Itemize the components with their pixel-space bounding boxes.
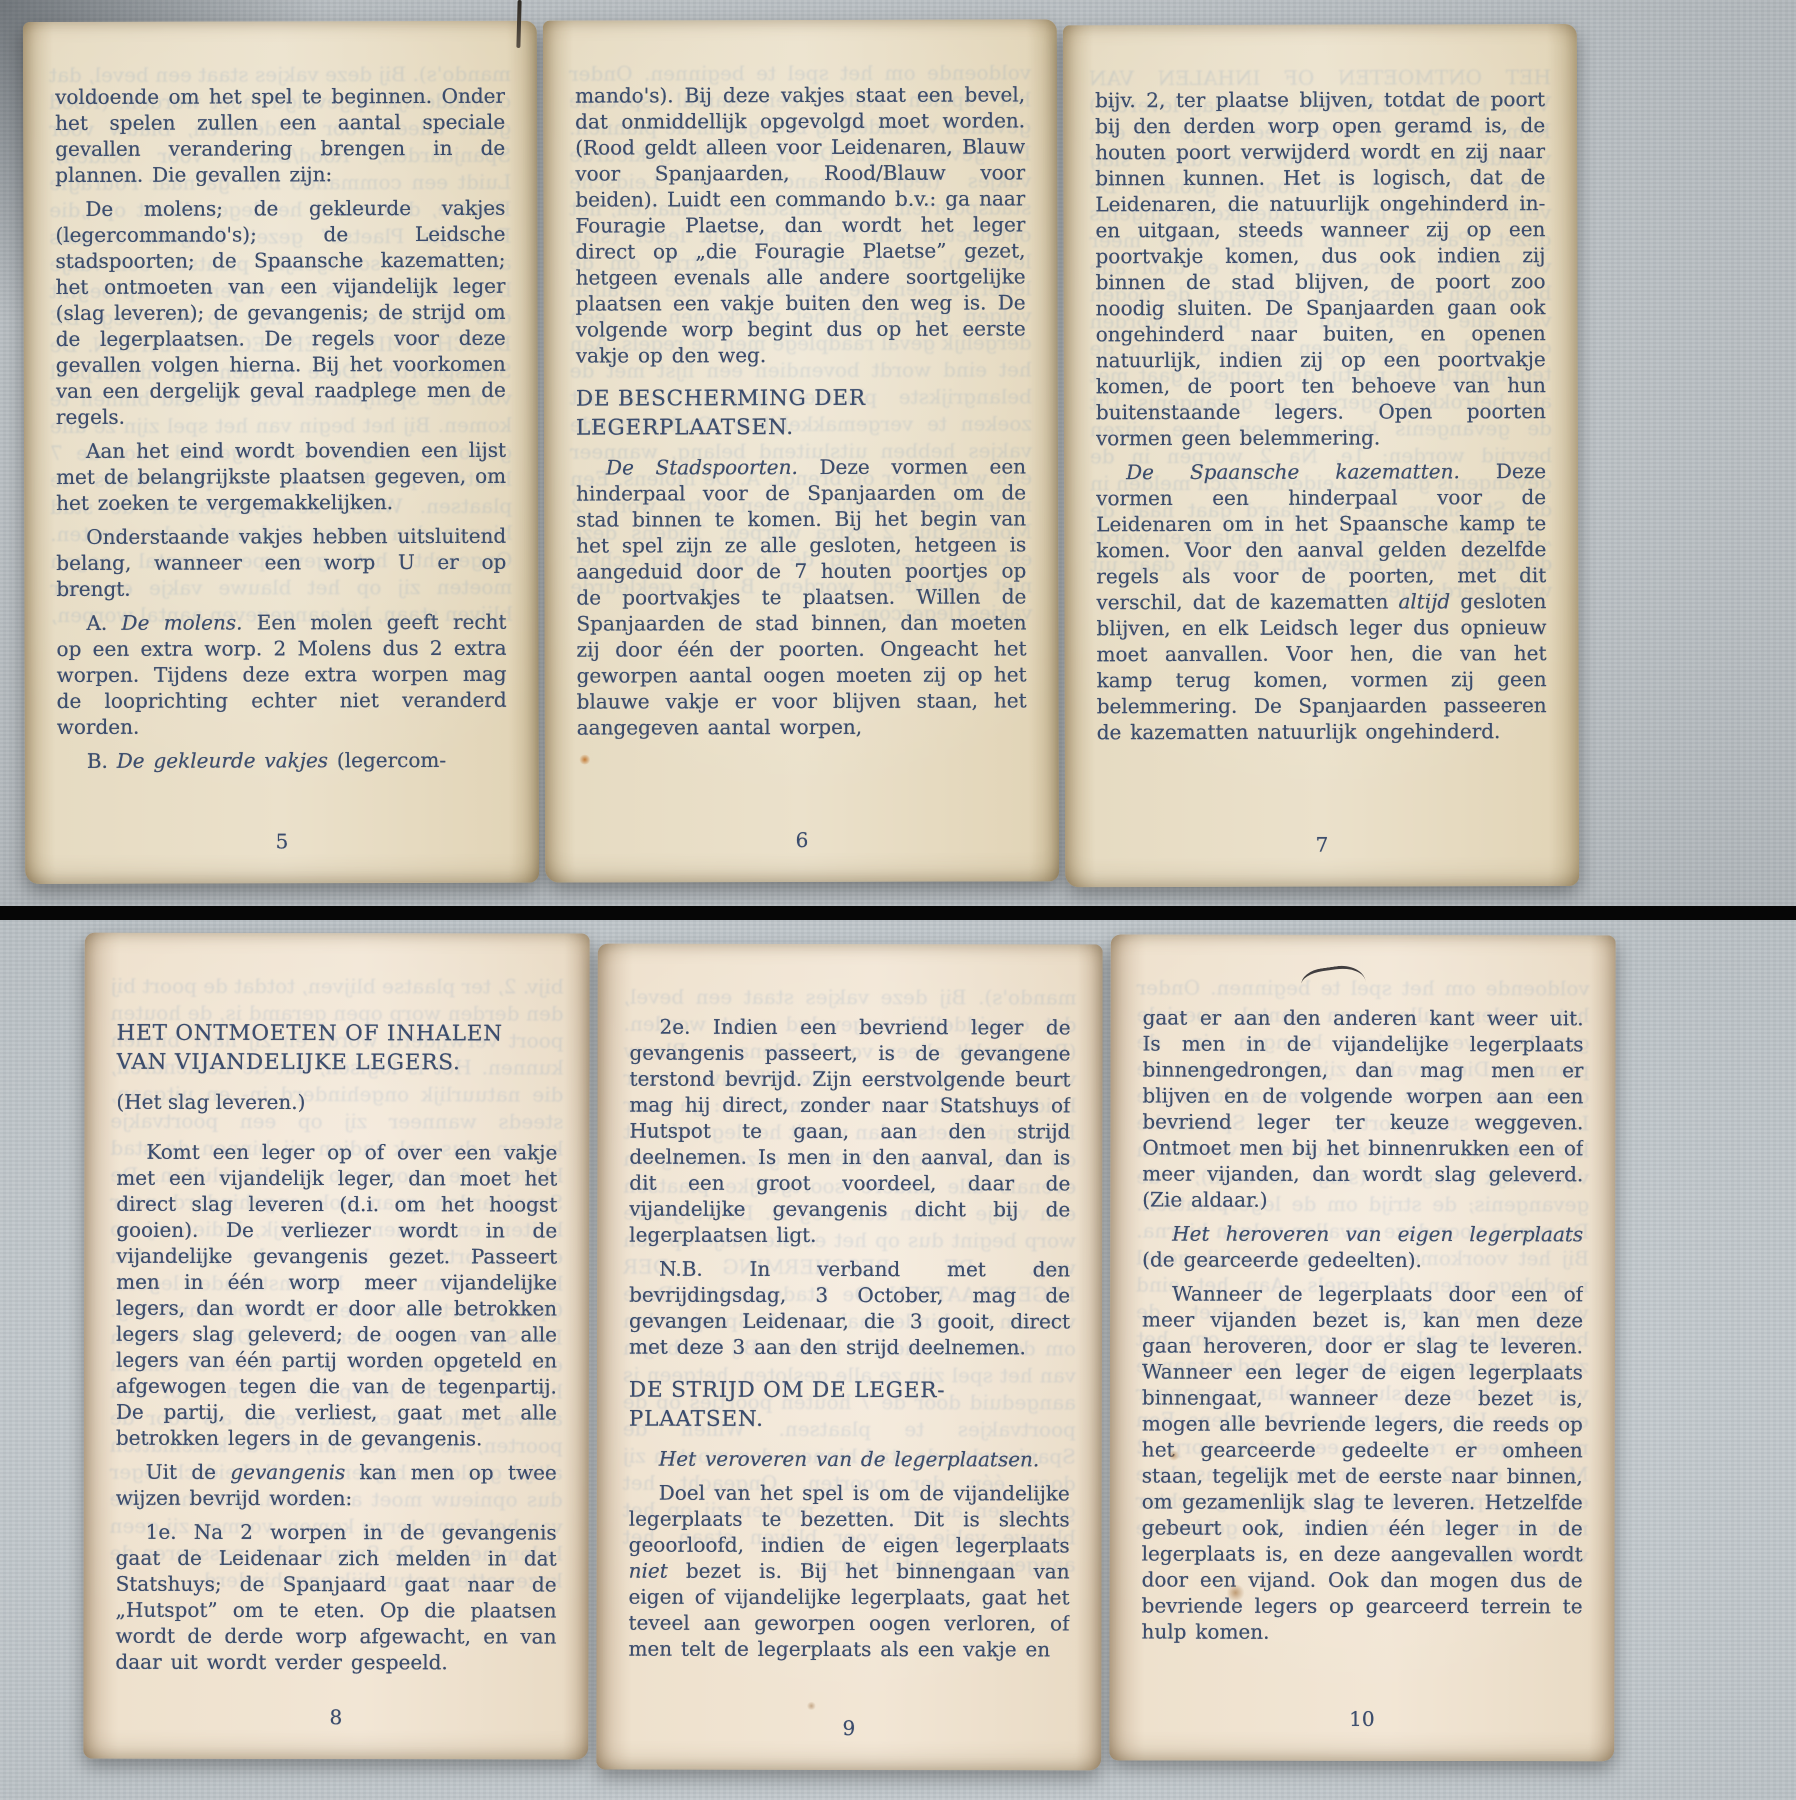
text-run: bezet is. Bij het binnengaan van eigen o… xyxy=(628,1559,1069,1662)
italic-text: gevangenis xyxy=(230,1460,345,1484)
page-number: 10 xyxy=(1109,1706,1614,1731)
page-number: 8 xyxy=(83,1705,588,1730)
paragraph: 2e. Indien een bevriend leger de gevange… xyxy=(629,1014,1070,1249)
page-number: 6 xyxy=(545,827,1059,852)
photo-bottom: bijv. 2, ter plaatse blijven, totdat de … xyxy=(0,920,1796,1800)
paragraph: gaat er aan den anderen kant weer uit. I… xyxy=(1142,1005,1583,1214)
paragraph: De molens; de gekleurde vakjes (legercom… xyxy=(55,195,506,430)
page-body: gaat er aan den anderen kant weer uit. I… xyxy=(1141,1005,1583,1654)
paragraph: Het heroveren van eigen legerplaats (de … xyxy=(1142,1221,1583,1274)
paragraph: A. De molens. Een molen geeft recht op e… xyxy=(56,609,506,740)
section-heading: DE STRIJD OM DE LEGER- PLAATSEN. xyxy=(629,1376,1070,1435)
text-run: mando's). Bij deze vakjes staat een beve… xyxy=(575,82,1026,367)
paragraph: Het veroveren van de legerplaatsen. xyxy=(629,1446,1070,1473)
text-run: Deze vormen een hinderpaal voor de Spanj… xyxy=(576,454,1027,739)
ink-mark xyxy=(1300,963,1366,991)
booklet-spread-top: mando's). Bij deze vakjes staat een beve… xyxy=(23,18,1579,884)
text-run: Aan het eind wordt bovendien een lijst m… xyxy=(56,438,506,515)
page-body: bijv. 2, ter plaatse blijven, totdat de … xyxy=(1095,86,1547,753)
italic-text: De molens. xyxy=(122,610,243,634)
text-run: 2e. Indien een bevriend leger de gevange… xyxy=(629,1015,1070,1247)
paragraph: Komt een leger op of over een vakje met … xyxy=(116,1139,558,1452)
paragraph: Wanneer de legerplaats door een of meer … xyxy=(1141,1281,1583,1646)
booklet-page-7: HET ONTMOETEN OF INHALEN VAN VIJANDELIJK… xyxy=(1063,24,1579,887)
page-number: 7 xyxy=(1065,832,1579,857)
italic-text: De Spaansche kazematten. xyxy=(1126,459,1460,484)
text-run: Doel van het spel is om de vijandelijke … xyxy=(629,1481,1070,1558)
text-run: 1e. Na 2 worpen in de gevangenis gaat de… xyxy=(115,1520,556,1675)
paragraph: bijv. 2, ter plaatse blijven, totdat de … xyxy=(1095,86,1546,451)
booklet-spread-bottom: bijv. 2, ter plaatse blijven, totdat de … xyxy=(83,933,1615,1762)
italic-text: Het heroveren van eigen legerplaats xyxy=(1172,1222,1583,1247)
paragraph: De Stadspoorten. Deze vormen een hinderp… xyxy=(576,453,1027,740)
paragraph: Onderstaande vakjes hebben uitsluitend b… xyxy=(56,523,506,602)
italic-text: De gekleurde vakjes xyxy=(117,748,328,773)
text-run: Komt een leger op of over een vakje met … xyxy=(116,1140,558,1451)
paragraph: Aan het eind wordt bovendien een lijst m… xyxy=(56,437,506,516)
page-body: HET ONTMOETEN OF INHALEN VAN VIJANDELIJK… xyxy=(115,1003,557,1684)
page-number: 9 xyxy=(596,1716,1101,1741)
paragraph: De Spaansche kazematten. Deze vormen een… xyxy=(1096,458,1547,745)
text-run: (de gearceerde gedeelten). xyxy=(1142,1248,1422,1272)
paragraph: B. De gekleurde vakjes (legercom- xyxy=(57,747,507,774)
photo-top: mando's). Bij deze vakjes staat een beve… xyxy=(0,0,1796,906)
booklet-page-5: mando's). Bij deze vakjes staat een beve… xyxy=(23,21,539,884)
section-heading: HET ONTMOETEN OF INHALEN VAN VIJANDELIJK… xyxy=(116,1019,557,1078)
booklet-page-10: voldoende om het spel te beginnen. Onder… xyxy=(1109,934,1615,1761)
paragraph: voldoende om het spel te beginnen. Onder… xyxy=(55,83,505,188)
booklet-page-6: voldoende om het spel te beginnen. Onder… xyxy=(543,19,1059,882)
section-heading: DE BESCHERMING DER LEGERPLAATSEN. xyxy=(576,383,1026,442)
text-run: A. xyxy=(86,611,121,635)
italic-text: niet xyxy=(629,1559,668,1583)
booklet-page-9: mando's). Bij deze vakjes staat een beve… xyxy=(596,944,1102,1771)
text-run: Uit de xyxy=(146,1460,231,1484)
text-run: N.B. In verband met den bevrijdingsdag, … xyxy=(629,1257,1070,1360)
text-run: voldoende om het spel te beginnen. Onder… xyxy=(55,84,505,187)
text-run: gaat er aan den anderen kant weer uit. I… xyxy=(1142,1006,1583,1212)
italic-text: De Stadspoorten. xyxy=(606,455,798,480)
text-run: bijv. 2, ter plaatse blijven, totdat de … xyxy=(1095,87,1546,450)
paragraph: Doel van het spel is om de vijandelijke … xyxy=(628,1480,1069,1663)
booklet-page-8: bijv. 2, ter plaatse blijven, totdat de … xyxy=(83,933,589,1760)
section-subheading: (Het slag leveren.) xyxy=(116,1089,557,1116)
text-run: De molens; de gekleurde vakjes (legercom… xyxy=(55,196,505,429)
paragraph: Uit de gevangenis kan men op twee wijzen… xyxy=(116,1459,557,1512)
text-run: (legercom- xyxy=(328,748,446,772)
stain xyxy=(806,1702,816,1710)
page-body: 2e. Indien een bevriend leger de gevange… xyxy=(628,1014,1070,1671)
photo-divider xyxy=(0,906,1796,920)
page-body: voldoende om het spel te beginnen. Onder… xyxy=(55,83,507,782)
text-run: Onderstaande vakjes hebben uitsluitend b… xyxy=(56,524,506,601)
page-number: 5 xyxy=(25,829,539,854)
paragraph: mando's). Bij deze vakjes staat een beve… xyxy=(575,81,1026,368)
paragraph: N.B. In verband met den bevrijdingsdag, … xyxy=(629,1256,1070,1361)
stain xyxy=(579,755,591,765)
paragraph: 1e. Na 2 worpen in de gevangenis gaat de… xyxy=(115,1519,556,1676)
italic-text: altijd xyxy=(1398,589,1450,613)
text-run: B. xyxy=(87,749,117,773)
page-body: mando's). Bij deze vakjes staat een beve… xyxy=(575,81,1027,748)
booklet-photo-collage: mando's). Bij deze vakjes staat een beve… xyxy=(0,0,1796,1800)
text-run: Wanneer de legerplaats door een of meer … xyxy=(1141,1282,1583,1644)
italic-text: Het veroveren van de legerplaatsen. xyxy=(659,1447,1040,1472)
